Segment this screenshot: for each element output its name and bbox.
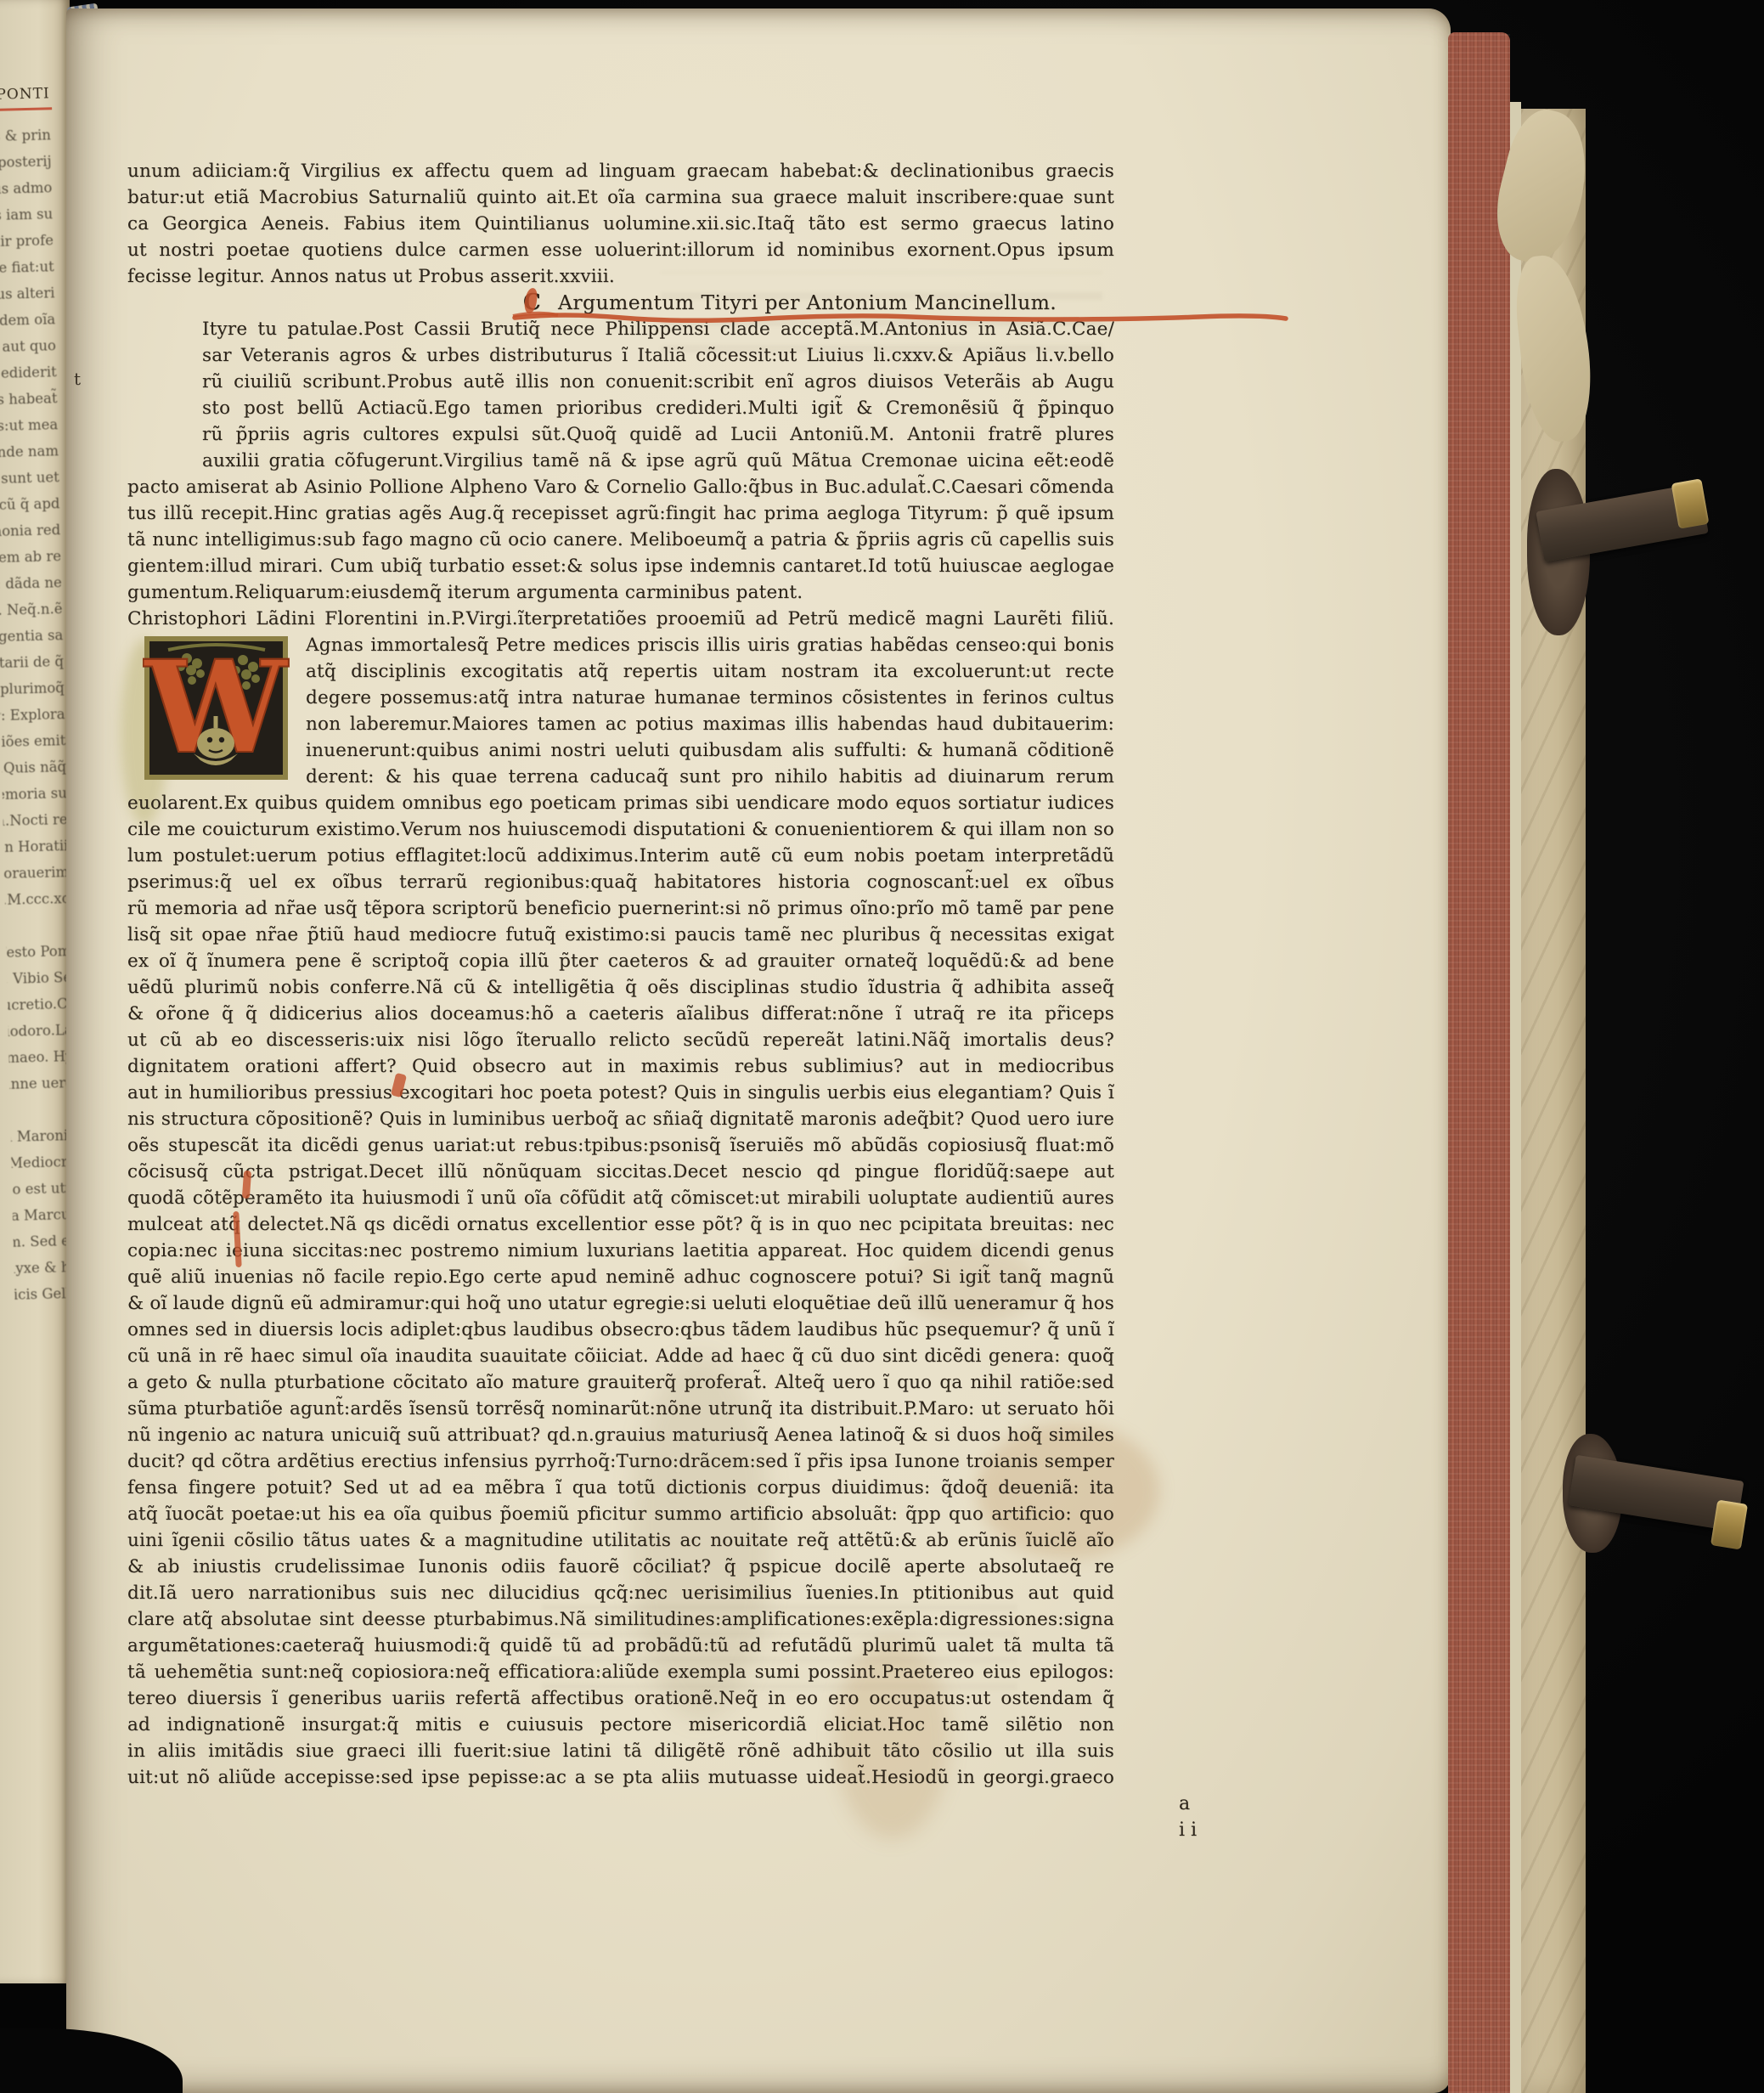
- facing-text-fragment: uitam ipsã.Quis nãq̃: [2, 753, 69, 781]
- text-line: lum postulet:uerum potius efflagitet:loc…: [127, 843, 1114, 869]
- facing-text-fragment: alia & memoria su: [2, 780, 69, 808]
- text-line: & ab iniustis crudelissimae Iunonis odii…: [127, 1554, 1114, 1580]
- facing-text-fragment: q̃ opẽ lituram.Nocti re/: [3, 806, 70, 834]
- text-line: rũ p̃priis agris cultores expulsi sũt.Qu…: [127, 421, 1114, 448]
- facing-text-fragment: uenit: dãda ne: [0, 569, 64, 597]
- clasp-brass-catch: [1710, 1500, 1748, 1550]
- facing-text-fragment: Amabunt inde nam: [0, 437, 60, 465]
- facing-text-fragment: interpretãdis:ut mea: [0, 411, 60, 439]
- text-line: sar Veteranis agros & urbes distributuru…: [127, 342, 1114, 369]
- text-line: nis structura cõpositionẽ? Quis in lumin…: [127, 1106, 1114, 1132]
- paragraph-landino-body: euolarent.Ex quibus quidem omnibus ego p…: [127, 790, 1114, 1791]
- text-line: cũ unã in rẽ haec simul oĩa inaudita sua…: [127, 1343, 1114, 1369]
- text-line: & oĩ laude dignũ eũ admiramur:qui hoq̃ u…: [127, 1290, 1114, 1317]
- text-line: tã uehemẽtia sunt:neq̃ copiosiora:neq̃ e…: [127, 1659, 1114, 1685]
- book-page: t unum adiiciam:q̃ Virgilius ex affectu …: [66, 8, 1451, 2093]
- text-line: dit.Iã uero narrationibus suis nec diluc…: [127, 1580, 1114, 1606]
- text-line: uẽdũ plurimũ nobis conferre.Nã cũ & inte…: [127, 974, 1114, 1001]
- text-line: euolarent.Ex quibus quidem omnibus ego p…: [127, 790, 1114, 816]
- text-line: derent: & his quae terrena caducaq̃ sunt…: [306, 764, 1114, 790]
- text-line: a geto & nulla pturbatione cõcitato aĩo …: [127, 1369, 1114, 1396]
- paragraph-landino-intro: W Agnas immortalesq̃ Petre medices prisc…: [127, 632, 1114, 790]
- facing-text-fragment: mentarios ediderit: [0, 358, 59, 386]
- facing-text-fragment: Speculator: Explora/: [0, 701, 67, 729]
- text-line: unum adiiciam:q̃ Virgilius ex affectu qu…: [127, 158, 1114, 184]
- text-line: lisq̃ sit opae nr̃ae p̃tiũ haud mediocre…: [127, 922, 1114, 948]
- facing-text-fragment: rona.Iunio Lucretio.Ci/: [8, 990, 75, 1018]
- text-line: ad indignationẽ insurgat:q̃ mitis e cuiu…: [127, 1712, 1114, 1738]
- text-line: non laberemur.Maiores tamen ac potius ma…: [306, 711, 1114, 737]
- text-line: ducit? qd cõtra ardẽtius erectius infens…: [127, 1448, 1114, 1475]
- text-line: auxilii gratia cõfugerunt.Virgilius tamẽ…: [127, 448, 1114, 474]
- text-line: quodã cõtẽperamẽto ita huiusmodi ĩ unũ o…: [127, 1185, 1114, 1211]
- text-line: gientem:illud mirari. Cum ubiq̃ turbatio…: [127, 553, 1114, 579]
- text-line: fecisse legitur. Annos natus ut Probus a…: [127, 263, 1114, 290]
- facing-text-fragment: commentarii de q̃: [0, 648, 65, 676]
- facing-text-fragment: loquitor:cũ q̃ apd: [0, 490, 62, 518]
- text-line: uini ĩgenii cõsilio tãtus uates & a magn…: [127, 1527, 1114, 1554]
- facing-text-fragment: cumq̃ tempus admo: [0, 174, 54, 202]
- text-line: tus illũ recepit.Hinc gratias agẽs Aug.q…: [127, 500, 1114, 527]
- red-sprinkled-fore-edge: [1448, 32, 1510, 2093]
- text-line: dignitatem orationi affert? Quid obsecro…: [127, 1053, 1114, 1080]
- text-line: gumentum.Reliquarum:eiusdemq̃ iterum arg…: [127, 579, 1114, 606]
- text-line: ut cũ ab eo discesseris:uix nisi lõgo ĩt…: [127, 1027, 1114, 1053]
- facing-text-fragment: orum testimonia red: [0, 516, 63, 544]
- text-line: & or̃one q̃ q̃ didicerius alios doceamus…: [127, 1001, 1114, 1027]
- text-line: atq̃ disciplinis excogitatis atq̃ repert…: [306, 658, 1114, 685]
- margin-mark: t: [74, 369, 81, 389]
- facing-text-fragment: do Landinus uir profe: [0, 227, 55, 255]
- argumentum-heading-row: C Argumentum Tityri per Antonium Mancine…: [127, 290, 1114, 316]
- text-line: cile me couicturum existimo.Verum nos hu…: [127, 816, 1114, 843]
- facing-text-fragment: me deniq̃ plurimoq̃: [0, 674, 66, 702]
- text-line: rũ memoria ad nr̃ae usq̃ tẽpora scriptor…: [127, 895, 1114, 922]
- text-line: pacto amiserat ab Asinio Pollione Alphen…: [127, 474, 1114, 500]
- facing-page-sliver: LARISSIMO PONTI nior eu Rebus & prinprof…: [0, 0, 70, 1983]
- paragraph-vita: unum adiiciam:q̃ Virgilius ex affectu qu…: [127, 158, 1114, 290]
- facing-text-fragment: cau non facile fiat:ut: [0, 253, 56, 281]
- facing-text-fragment: a Octobris.M.ccc.xc.: [5, 885, 72, 913]
- facing-text-fragment: eas lucubratiões emit: [1, 727, 68, 755]
- text-line: rũ ciuiliũ scribunt.Probus autẽ illis no…: [127, 369, 1114, 395]
- text-line: inuenerunt:quibus animi nostri ueluti qu…: [306, 737, 1114, 764]
- text-line: pserimus:q̃ uel ex oĩbus terrarũ regioni…: [127, 869, 1114, 895]
- text-line: ex oĩ q̃ ĩnumera pene ẽ scriptoq̃ copia …: [127, 948, 1114, 974]
- facing-text-fragment: ne & Seruius iam su: [0, 200, 55, 228]
- facing-text-fragment: Dicomede.Festo Pom/: [6, 938, 73, 966]
- facing-text-fragment: ut ubiq̃ diligentia sa: [0, 622, 65, 650]
- text-line: ut nostri poetae quotiens dulce carmen e…: [127, 237, 1114, 263]
- text-line: in aliis imitãdis siue graeci illi fueri…: [127, 1738, 1114, 1764]
- text-line: uit:ut nõ aliũde accepisse:sed ipse pepi…: [127, 1764, 1114, 1791]
- svg-text:W: W: [143, 635, 290, 781]
- text-line: clare atq̃ absolutae sint deesse pturbab…: [127, 1606, 1114, 1633]
- text-line: fensa fingere potuit? Sed ut ad ea mẽbra…: [127, 1475, 1114, 1501]
- facing-text-fragment: q̃ respuit. Neq̃.n.ẽ: [0, 595, 65, 623]
- text-line: mulceat atq̃ delectet.Nã qs dicẽdi ornat…: [127, 1211, 1114, 1238]
- landino-intro-lines: Agnas immortalesq̃ Petre medices priscis…: [306, 632, 1114, 790]
- text-line: degere possemus:atq̃ intra naturae human…: [306, 685, 1114, 711]
- text-line: tereo diuersis ĩ generibus uariis refert…: [127, 1685, 1114, 1712]
- printed-text-block: unum adiiciam:q̃ Virgilius ex affectu qu…: [127, 158, 1114, 1817]
- facing-text-fragment: nior eu Rebus & prin: [0, 121, 53, 149]
- facing-page-heading-fragment: LARISSIMO PONTI: [0, 81, 52, 111]
- text-line: aut in humilioribus pressius excogitari …: [127, 1080, 1114, 1106]
- quire-signature: a ii: [127, 1791, 1179, 1817]
- text-line: tã nunc intelligimus:sub fago magno cũ o…: [127, 527, 1114, 553]
- text-line: atq̃ ĩuocãt poetae:ut his ea oĩa quibus …: [127, 1501, 1114, 1527]
- landino-proem-heading: Christophori Lãdini Florentini in.P.Virg…: [127, 606, 1114, 632]
- text-line: batur:ut etiã Macrobius Saturnaliũ quint…: [127, 184, 1114, 211]
- text-line: sũma pturbatiõe agunt̃:ardẽs ĩsensũ torr…: [127, 1396, 1114, 1422]
- paragraph-argumentum: Ityre tu patulae.Post Cassii Brutiq̃ nec…: [127, 316, 1114, 606]
- endpaper-edge: [1510, 102, 1521, 2093]
- text-line: quẽ aliũ inuenias nõ facile repio.Ego ce…: [127, 1264, 1114, 1290]
- decorated-initial-W-woodcut: W: [143, 635, 290, 781]
- text-line: cõcisusq̃ cũcta pstrigat.Decet illũ nõnũ…: [127, 1159, 1114, 1185]
- text-line: sto post bellũ Actiacũ.Ego tamen priorib…: [127, 395, 1114, 421]
- red-underline-stroke: [511, 311, 1288, 324]
- text-line: argumẽtationes:caeteraq̃ huiusmodi:q̃ qu…: [127, 1633, 1114, 1659]
- facing-text-fragment: gna.Maiestã. Vibio Se/: [7, 964, 74, 992]
- text-line: Agnas immortalesq̃ Petre medices priscis…: [306, 632, 1114, 658]
- facing-text-fragment: s & apertius habeat̃.: [0, 385, 59, 413]
- facing-text-fragment: da eorum sunt uet: [0, 464, 61, 492]
- text-line: nũ ingenio ac natura unicuiq̃ suũ attrib…: [127, 1422, 1114, 1448]
- facing-text-fragment: carmen Epodon Horatii: [3, 832, 70, 860]
- facing-text-fragment: quasi or elaborauerim: [4, 859, 71, 887]
- text-line: copia:nec ieiuna siccitas:nec postremo n…: [127, 1238, 1114, 1264]
- text-line: omnes sed in diuersis locis adiplet:qbus…: [127, 1317, 1114, 1343]
- photograph-of-incunabulum-page: LARISSIMO PONTI nior eu Rebus & prinprof…: [0, 0, 1764, 2093]
- facing-text-fragment: Dionysio.Ptolemaeo. Hy: [8, 1043, 76, 1071]
- text-line: ca Georgica Aeneis. Fabius item Quintili…: [127, 211, 1114, 237]
- facing-text-fragment: non quidem ab re: [0, 543, 63, 571]
- facing-text-fragment: uius.Ea quidem oĩa: [0, 306, 58, 334]
- facing-text-fragment: q̃ Serui potius alteri/: [0, 279, 57, 307]
- text-line: oẽs stupescãt ita dicẽdi genus uariat:ut…: [127, 1132, 1114, 1159]
- facing-text-fragment: Herodiano.Diodoro.La/: [8, 1017, 75, 1045]
- facing-text-fragment: recte senserit aut quo: [0, 332, 58, 360]
- facing-text-fragment: profitebar ut posterij: [0, 148, 54, 176]
